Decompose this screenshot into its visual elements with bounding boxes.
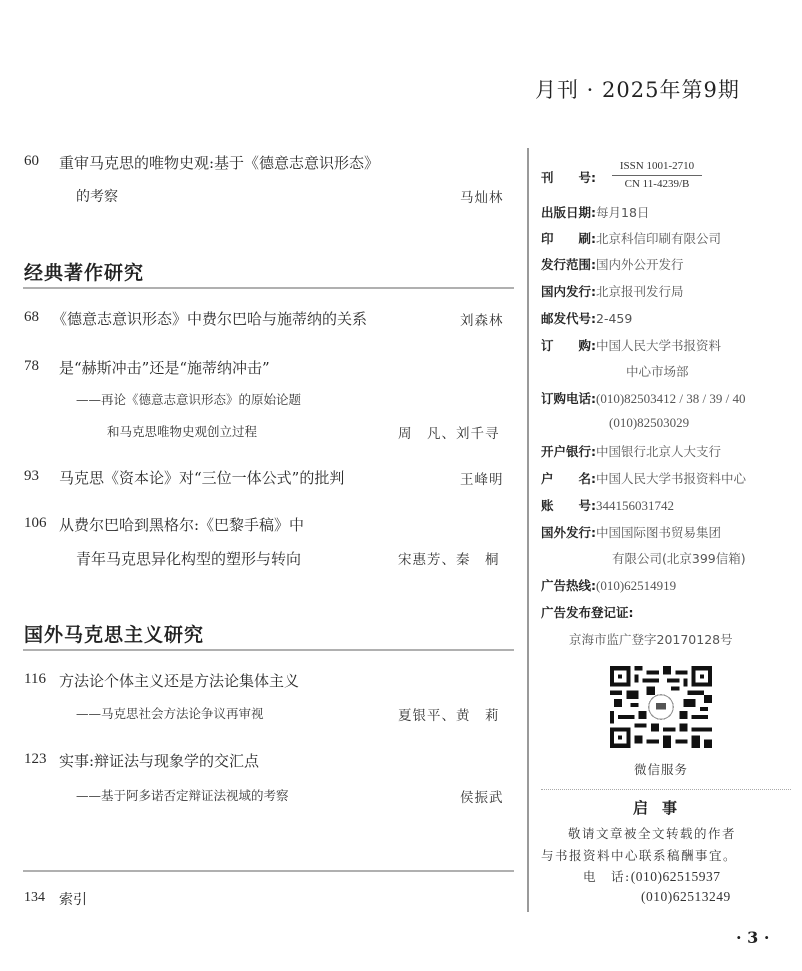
article-title: 《德意志意识形态》中费尔巴哈与施蒂纳的关系: [52, 308, 367, 329]
page-number: 123: [24, 751, 47, 768]
cn-value: CN 11-4239/B: [612, 178, 702, 190]
order-row-cont: 中心市场部: [626, 362, 689, 380]
article-title-cont: 青年马克思异化构型的塑形与转向: [76, 548, 301, 569]
article-subtitle-cont: 和马克思唯物史观创立过程: [107, 422, 257, 440]
ad-reg-value: 京海市监广登字20170128号: [569, 630, 733, 648]
article-title: 实事:辩证法与现象学的交汇点: [59, 750, 259, 771]
order-phone-row-cont: (010)82503029: [609, 415, 689, 431]
article-author: 王峰明: [460, 468, 504, 488]
dotted-separator: [541, 789, 791, 790]
article-subtitle: ——基于阿多诺否定辩证法视域的考察: [76, 786, 289, 804]
page-number: 68: [24, 309, 39, 326]
column-divider: [527, 148, 529, 912]
article-title: 重审马克思的唯物史观:基于《德意志意识形态》: [59, 152, 379, 173]
bank-row: 开户银行:中国银行北京人大支行: [541, 442, 721, 460]
section-rule: [23, 287, 514, 289]
notice-title: 启事: [633, 797, 691, 818]
ad-hotline-row: 广告热线:(010)62514919: [541, 576, 676, 594]
qr-code-icon[interactable]: [610, 666, 712, 748]
article-title: 索引: [59, 889, 87, 909]
overseas-row-cont: 有限公司(北京399信箱): [612, 549, 746, 567]
account-no-row: 账 号:344156031742: [541, 496, 674, 514]
ad-reg-label: 广告发布登记证:: [541, 603, 634, 621]
issn-value: ISSN 1001-2710: [612, 160, 702, 172]
issue-masthead: 月刊 · 2025年第9期: [535, 74, 740, 104]
notice-line-1: 敬请文章被全文转载的作者: [568, 824, 736, 842]
fraction-rule: [612, 175, 702, 176]
page-number: 93: [24, 468, 39, 485]
article-title: 从费尔巴哈到黑格尔:《巴黎手稿》中: [59, 514, 304, 535]
article-subtitle: ——再论《德意志意识形态》的原始论题: [76, 390, 301, 408]
notice-phone-2: (010)62513249: [641, 889, 731, 905]
article-author: 夏银平、黄 莉: [398, 704, 500, 724]
order-row: 订 购:中国人民大学书报资料: [541, 336, 721, 354]
pub-date-row: 出版日期:每月18日: [541, 203, 649, 221]
article-author: 宋惠芳、秦 桐: [398, 548, 500, 568]
article-author: 刘森林: [460, 309, 504, 329]
page-number: 116: [24, 671, 46, 688]
section-rule: [23, 649, 514, 651]
overseas-row: 国外发行:中国国际图书贸易集团: [541, 523, 721, 541]
postal-row: 邮发代号:2-459: [541, 309, 632, 327]
notice-line-2: 与书报资料中心联系稿酬事宜。: [541, 846, 737, 864]
page-number-footer: · 3 ·: [736, 928, 769, 947]
page-number: 78: [24, 358, 39, 375]
issn-label: 刊 号:: [541, 168, 596, 186]
article-subtitle: ——马克思社会方法论争议再审视: [76, 704, 264, 722]
article-title: 马克思《资本论》对“三位一体公式”的批判: [59, 467, 344, 488]
printer-row: 印 刷:北京科信印刷有限公司: [541, 229, 721, 247]
article-title: 方法论个体主义还是方法论集体主义: [59, 670, 299, 691]
scope-row: 发行范围:国内外公开发行: [541, 255, 684, 273]
section-heading: 经典著作研究: [24, 258, 144, 285]
article-author: 周 凡、刘千寻: [398, 422, 500, 442]
notice-phone-row: 电 话:(010)62515937: [583, 867, 720, 885]
section-heading: 国外马克思主义研究: [24, 620, 204, 647]
qr-caption: 微信服务: [634, 760, 688, 778]
article-title: 是“赫斯冲击”还是“施蒂纳冲击”: [59, 357, 270, 378]
page-number: 106: [24, 515, 47, 532]
page-number: 60: [24, 153, 39, 170]
article-title-cont: 的考察: [76, 186, 118, 206]
page-number: 134: [24, 890, 45, 906]
article-author: 侯振武: [460, 786, 504, 806]
article-author: 马灿林: [460, 186, 504, 206]
order-phone-row: 订购电话:(010)82503412 / 38 / 39 / 40: [541, 389, 746, 407]
section-rule: [23, 870, 514, 872]
account-name-row: 户 名:中国人民大学书报资料中心: [541, 469, 746, 487]
domestic-row: 国内发行:北京报刊发行局: [541, 282, 684, 300]
